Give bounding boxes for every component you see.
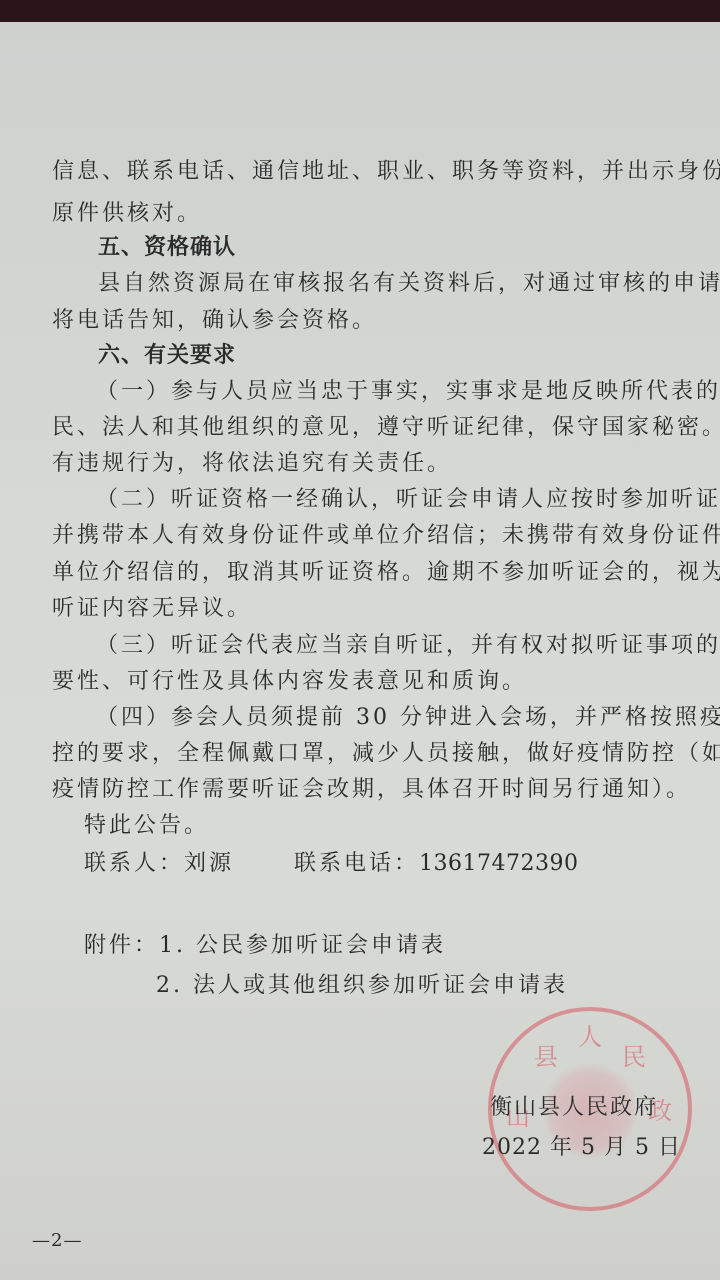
attachment-item: 2. 法人或其他组织参加听证会申请表 (156, 972, 568, 1000)
text-line: （三）听证会代表应当亲自听证，并有权对拟听证事项的必 (96, 632, 720, 660)
signing-organization: 衡山县人民政府 (490, 1094, 658, 1122)
contact-phone: 13617472390 (419, 851, 578, 876)
document-page: 信息、联系电话、通信地址、职业、职务等资料，并出示身份 原件供核对。 五、资格确… (0, 22, 720, 1280)
text-line: 有违规行为，将依法追究有关责任。 (52, 450, 452, 478)
text-line: 控的要求，全程佩戴口罩，减少人员接触，做好疫情防控（如因 (52, 740, 720, 768)
text-line: 民、法人和其他组织的意见，遵守听证纪律，保守国家秘密。 (52, 414, 720, 442)
text-line: 原件供核对。 (52, 200, 202, 228)
text-line: 单位介绍信的，取消其听证资格。逾期不参加听证会的，视为对 (52, 559, 720, 587)
contact-person-label: 联系人： (84, 851, 184, 876)
closing-text: 特此公告。 (84, 812, 209, 840)
section-heading-requirements: 六、有关要求 (98, 342, 236, 370)
contact-person: 刘源 (184, 851, 234, 876)
text-line: 要性、可行性及具体内容发表意见和质询。 (52, 668, 527, 696)
text-line: 并携带本人有效身份证件或单位介绍信；未携带有效身份证件或 (52, 522, 720, 550)
text-line: （一）参与人员应当忠于事实，实事求是地反映所代表的 (96, 378, 720, 406)
seal-char: 县 (534, 1037, 558, 1072)
text-line: （二）听证资格一经确认，听证会申请人应按时参加听证， (96, 486, 720, 514)
contact-phone-label: 联系电话： (294, 851, 419, 876)
attachments-line: 附件：1. 公民参加听证会申请表 (84, 932, 446, 960)
text-line: （四）参会人员须提前 30 分钟进入会场，并严格按照疫情防 (96, 704, 720, 732)
page-number: —2— (32, 1230, 82, 1251)
seal-char: 民 (622, 1037, 646, 1072)
contact-line: 联系人：刘源 联系电话：13617472390 (84, 850, 579, 878)
text-line: 疫情防控工作需要听证会改期，具体召开时间另行通知）。 (52, 776, 691, 804)
text-line: 县自然资源局在审核报名有关资料后，对通过审核的申请 (98, 270, 720, 298)
section-heading-qualification: 五、资格确认 (98, 234, 236, 262)
text-line: 将电话告知，确认参会资格。 (52, 307, 377, 335)
attachment-item: 1. 公民参加听证会申请表 (159, 933, 446, 958)
seal-char: 人 (578, 1017, 602, 1052)
text-line: 听证内容无异议。 (52, 595, 252, 623)
attachments-label: 附件： (84, 933, 159, 958)
text-line: 信息、联系电话、通信地址、职业、职务等资料，并出示身份 (52, 158, 720, 186)
signing-date: 2022 年 5 月 5 日 (482, 1134, 681, 1162)
